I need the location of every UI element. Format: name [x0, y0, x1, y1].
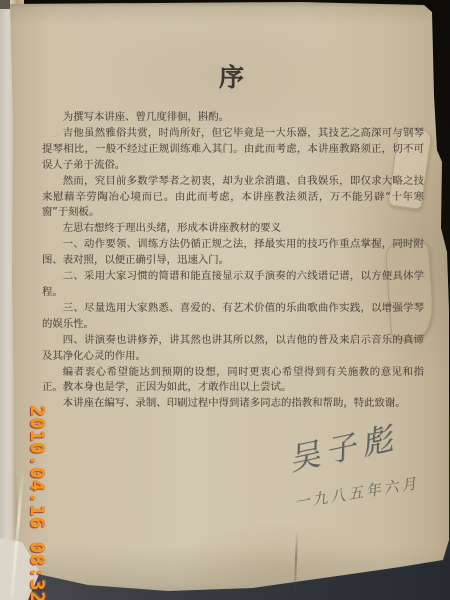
preface-list-item: 四、讲演奏也讲修养，讲其然也讲其所以然，以吉他的普及来启示音乐的真谛及其净化心灵…	[42, 333, 424, 365]
camera-timestamp: 2010.04.16 08:32	[26, 405, 48, 600]
preface-content: 序 为撰写本讲座、曾几度徘徊，斟酌。 吉他虽然雅俗共赏，时尚所好，但它毕竟是一大…	[42, 58, 424, 412]
top-left-shadow	[0, 0, 10, 9]
preface-list-item: 二、采用大家习惯的简谱和能直接显示双手演奏的六线谱记谱，以方便具体学程。	[42, 269, 424, 301]
preface-paragraph: 为撰写本讲座、曾几度徘徊，斟酌。	[42, 110, 424, 126]
preface-paragraph: 本讲座在编写、录制、印刷过程中得到诸多同志的指教和帮助，特此致谢。	[42, 396, 424, 412]
photo-of-book-page: 序 为撰写本讲座、曾几度徘徊，斟酌。 吉他虽然雅俗共赏，时尚所好，但它毕竟是一大…	[0, 0, 450, 600]
preface-paragraph: 吉他虽然雅俗共赏，时尚所好，但它毕竟是一大乐器，其技艺之高深可与钢琴提琴相比，一…	[42, 126, 424, 174]
preface-paragraph: 编者衷心希望能达到预期的设想，同时更衷心希望得到有关施教的意见和指正。教本身也是…	[42, 365, 424, 397]
page-title: 序	[42, 58, 424, 94]
preface-paragraph: 左思右想终于理出头绪，形成本讲座教材的要义	[42, 221, 424, 237]
preface-list-item: 一、动作要领、训练方法仍循正规之法，择最实用的技巧作重点掌握，同时附图、表对照，…	[42, 237, 424, 269]
preface-paragraph: 然而，究目前多数学琴者之初衷，却为业余消遣、自我娱乐，即仅求大略之技来慰藉辛劳陶…	[42, 174, 424, 222]
preface-body: 为撰写本讲座、曾几度徘徊，斟酌。 吉他虽然雅俗共赏，时尚所好，但它毕竟是一大乐器…	[42, 110, 424, 412]
preface-list-item: 三、尽量选用大家熟悉、喜爱的、有艺术价值的乐曲歌曲作实践，以增强学琴的娱乐性。	[42, 301, 424, 333]
